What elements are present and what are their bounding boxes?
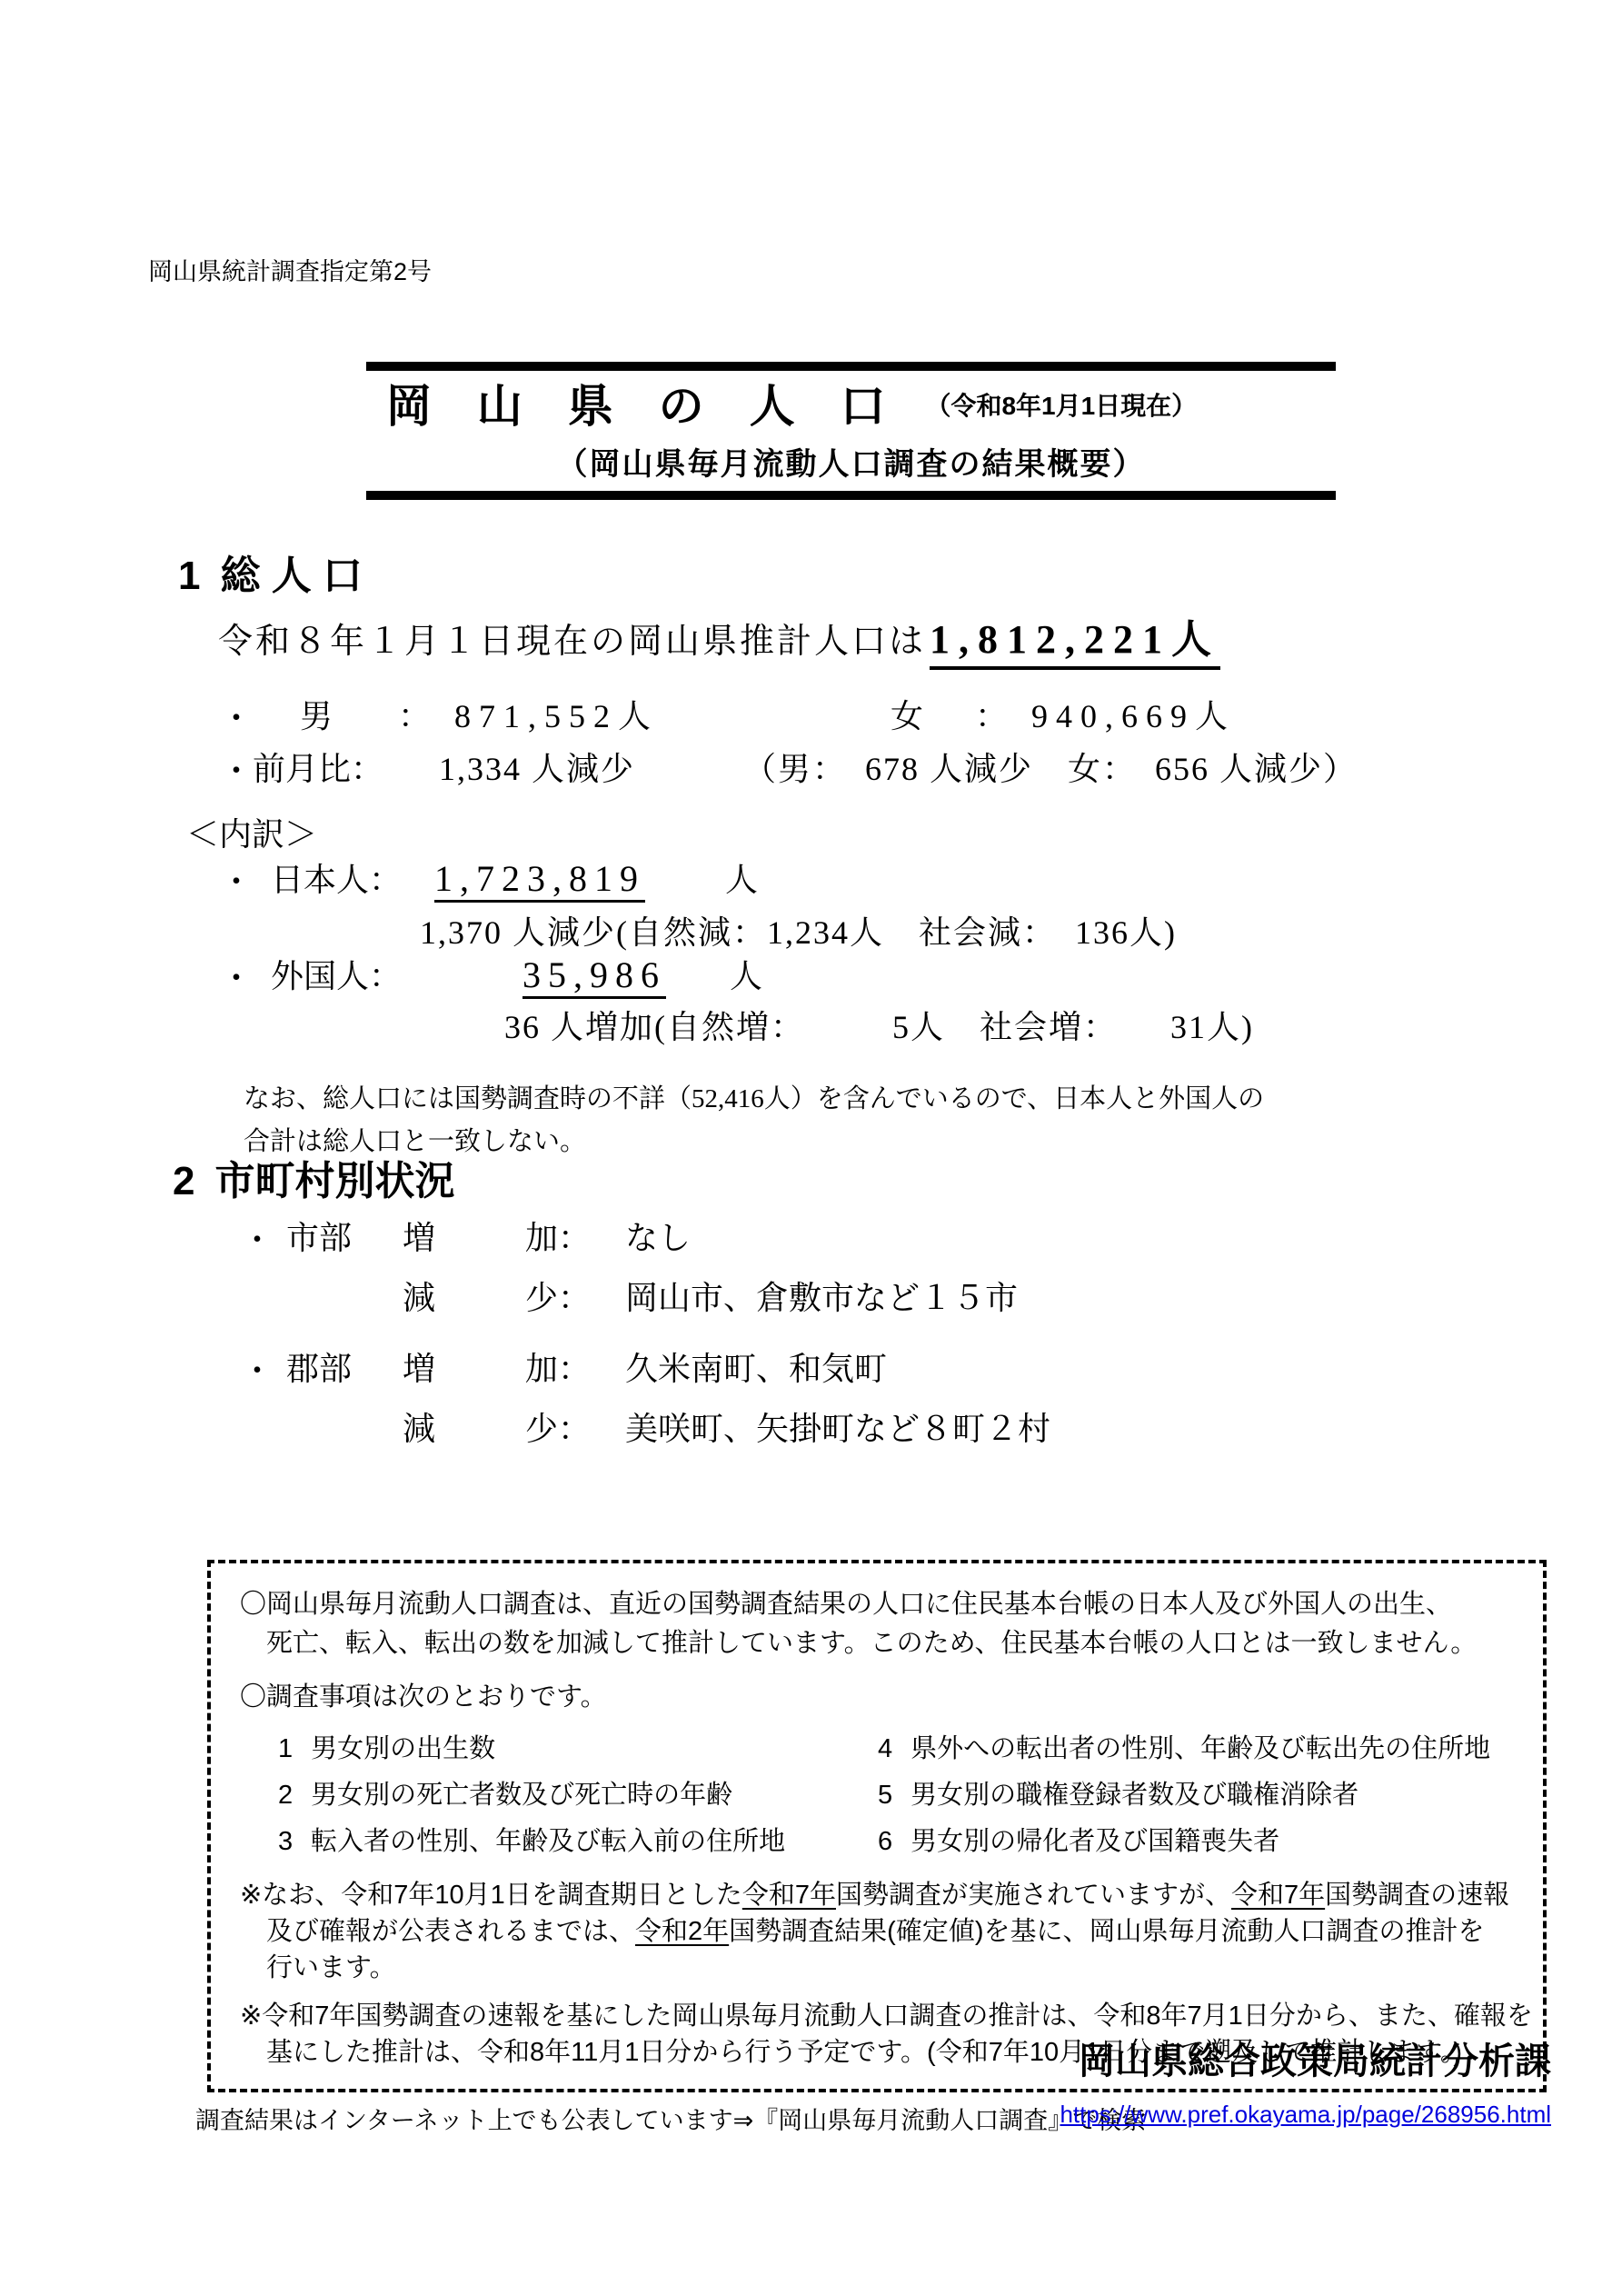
population-note: なお、総人口には国勢調査時の不詳（52,416人）を含んでいるので、日本人と外国… bbox=[244, 1078, 1264, 1163]
census-note-1: ※なお、令和7年10月1日を調査期日とした令和7年国勢調査が実施されていますが、… bbox=[240, 1877, 1516, 1986]
japanese-value: 1,723,819 bbox=[434, 861, 645, 903]
population-note-line2: 合計は総人口と一致しない。 bbox=[244, 1121, 1264, 1163]
female-colon: ： bbox=[975, 700, 1008, 733]
foreigner-label: 外国人： bbox=[271, 960, 402, 993]
county-increase-value: 久米南町、和気町 bbox=[625, 1353, 887, 1385]
document-page: 岡山県統計調査指定第2号 岡 山 県 の 人 口 （令和8年1月1日現在） （岡… bbox=[0, 0, 1622, 2296]
note-text: ※令和7年国勢調査の速報を基にした岡山県毎月流動人口調査の推計は、令和8年7月1… bbox=[240, 1998, 1516, 2034]
bullet-icon: ・ bbox=[241, 1354, 274, 1387]
item-text: 男女別の職権登録者数及び職権消除者 bbox=[911, 1781, 1358, 1810]
bullet-icon: ・ bbox=[241, 1223, 274, 1256]
breakdown-label: ＜内訳＞ bbox=[186, 818, 317, 851]
survey-item-4: 4県外への転出者の性別、年齢及び転出先の住所地 bbox=[878, 1726, 1490, 1772]
item-number: 4 bbox=[878, 1726, 892, 1772]
publish-note: 調査結果はインターネット上でも公表しています⇒『岡山県毎月流動人口調査』で検索 bbox=[195, 2109, 1146, 2133]
mom-detail: （男： 678 人減少 女： 656 人減少） bbox=[743, 753, 1358, 785]
item-text: 県外への転出者の性別、年齢及び転出先の住所地 bbox=[911, 1734, 1490, 1763]
japanese-unit: 人 bbox=[725, 863, 758, 896]
note-text: 及び確報が公表されるまでは、 bbox=[266, 1917, 635, 1946]
item-number: 2 bbox=[278, 1772, 293, 1819]
female-label: 女 bbox=[891, 700, 923, 733]
bullet-icon: ・ bbox=[220, 865, 253, 898]
bullet-icon: ・ bbox=[220, 754, 253, 787]
bullet-icon: ・ bbox=[220, 962, 253, 994]
survey-items-intro: 〇調査事項は次のとおりです。 bbox=[240, 1678, 1516, 1717]
note-text: 国勢調査の速報 bbox=[1325, 1881, 1509, 1910]
total-population-line: 令和８年１月１日現在の岡山県推計人口は 1,812,221人 bbox=[218, 620, 1220, 660]
item-text: 男女別の出生数 bbox=[311, 1734, 495, 1763]
item-number: 3 bbox=[278, 1819, 293, 1865]
survey-info-box: 〇岡山県毎月流動人口調査は、直近の国勢調査結果の人口に住民基本台帳の日本人及び外… bbox=[207, 1560, 1547, 2092]
increase-label-2: 加： bbox=[525, 1222, 591, 1254]
male-label: 男 bbox=[300, 700, 333, 733]
city-increase-value: なし bbox=[625, 1222, 691, 1254]
male-value: 871,552人 bbox=[454, 700, 659, 733]
section1-heading: 1総 人 口 bbox=[178, 556, 363, 596]
decrease-label-1: 減 bbox=[403, 1282, 435, 1314]
increase-label-2: 加： bbox=[525, 1353, 591, 1385]
decrease-label-2: 少： bbox=[525, 1282, 591, 1314]
survey-items-row: 3転入者の性別、年齢及び転入前の住所地 6男女別の帰化者及び国籍喪失者 bbox=[240, 1819, 1516, 1865]
item-text: 男女別の帰化者及び国籍喪失者 bbox=[911, 1827, 1279, 1856]
decrease-label-2: 少： bbox=[525, 1413, 591, 1445]
decrease-label-1: 減 bbox=[403, 1413, 435, 1445]
survey-items-list: 1男女別の出生数 4県外への転出者の性別、年齢及び転出先の住所地 2男女別の死亡… bbox=[240, 1726, 1516, 1865]
japanese-change: 1,370 人減少(自然減：1,234人 社会減： 136人) bbox=[420, 916, 1177, 949]
total-population-text: 令和８年１月１日現在の岡山県推計人口は bbox=[218, 623, 926, 661]
page-subtitle: （岡山県毎月流動人口調査の結果概要） bbox=[366, 449, 1336, 480]
item-number: 6 bbox=[878, 1819, 892, 1865]
survey-item-2: 2男女別の死亡者数及び死亡時の年齢 bbox=[240, 1772, 878, 1819]
note-text: 国勢調査結果(確定値)を基に、岡山県毎月流動人口調査の推計を bbox=[729, 1917, 1484, 1946]
note-text: 行います。 bbox=[266, 1953, 396, 1982]
page-title: 岡 山 県 の 人 口 bbox=[386, 384, 901, 429]
foreigner-change: 36 人増加(自然増： 5人 社会増： 31人) bbox=[504, 1011, 1254, 1043]
survey-item-5: 5男女別の職権登録者数及び職権消除者 bbox=[878, 1772, 1358, 1819]
url-link[interactable]: https://www.pref.okayama.jp/page/268956.… bbox=[1060, 2102, 1551, 2126]
publisher-org: 岡山県総合政策局統計分析課 bbox=[1079, 2043, 1551, 2080]
increase-label-1: 増 bbox=[403, 1222, 435, 1254]
city-decrease-value: 岡山市、倉敷市など１５市 bbox=[625, 1282, 1018, 1314]
item-text: 男女別の死亡者数及び死亡時の年齢 bbox=[311, 1781, 732, 1810]
mom-label: 前月比： bbox=[253, 753, 383, 785]
note-underlined-text: 令和2年 bbox=[635, 1917, 729, 1946]
note-underlined-text: 令和7年 bbox=[1231, 1881, 1325, 1910]
survey-description-line2: 死亡、転入、転出の数を加減して推計しています。このため、住民基本台帳の人口とは一… bbox=[240, 1624, 1516, 1663]
male-colon: ： bbox=[398, 700, 431, 733]
title-box: 岡 山 県 の 人 口 （令和8年1月1日現在） （岡山県毎月流動人口調査の結果… bbox=[366, 362, 1336, 500]
foreigner-value: 35,986 bbox=[522, 957, 666, 999]
population-note-line1: なお、総人口には国勢調査時の不詳（52,416人）を含んでいるので、日本人と外国… bbox=[244, 1078, 1264, 1121]
survey-item-1: 1男女別の出生数 bbox=[240, 1726, 878, 1772]
title-row: 岡 山 県 の 人 口 （令和8年1月1日現在） bbox=[366, 384, 1336, 429]
foreigner-unit: 人 bbox=[730, 960, 762, 993]
section2-heading: 2市町村別状況 bbox=[173, 1162, 454, 1202]
section1-title: 総 人 口 bbox=[220, 554, 362, 598]
survey-item-6: 6男女別の帰化者及び国籍喪失者 bbox=[878, 1819, 1279, 1865]
designation-label: 岡山県統計調査指定第2号 bbox=[148, 260, 432, 285]
county-label: 郡部 bbox=[286, 1353, 352, 1385]
survey-items-row: 2男女別の死亡者数及び死亡時の年齢 5男女別の職権登録者数及び職権消除者 bbox=[240, 1772, 1516, 1819]
total-population-value: 1,812,221人 bbox=[930, 617, 1220, 670]
city-label: 市部 bbox=[286, 1222, 352, 1254]
female-value: 940,669人 bbox=[1031, 700, 1236, 733]
increase-label-1: 増 bbox=[403, 1353, 435, 1385]
section1-number: 1 bbox=[178, 556, 200, 596]
survey-description-line1: 〇岡山県毎月流動人口調査は、直近の国勢調査結果の人口に住民基本台帳の日本人及び外… bbox=[240, 1585, 1516, 1624]
note-text: ※なお、令和7年10月1日を調査期日とした bbox=[240, 1881, 742, 1910]
item-number: 5 bbox=[878, 1772, 892, 1819]
survey-item-3: 3転入者の性別、年齢及び転入前の住所地 bbox=[240, 1819, 878, 1865]
item-number: 1 bbox=[278, 1726, 293, 1772]
county-decrease-value: 美咲町、矢掛町など８町２村 bbox=[625, 1413, 1050, 1445]
note-text: 国勢調査が実施されていますが、 bbox=[836, 1881, 1231, 1910]
japanese-label: 日本人： bbox=[271, 863, 402, 896]
note-underlined-text: 令和7年 bbox=[742, 1881, 836, 1910]
mom-value: 1,334 人減少 bbox=[439, 753, 635, 785]
item-text: 転入者の性別、年齢及び転入前の住所地 bbox=[311, 1827, 785, 1856]
as-of-date: （令和8年1月1日現在） bbox=[925, 394, 1197, 419]
section2-number: 2 bbox=[173, 1162, 194, 1202]
bullet-icon: ・ bbox=[220, 702, 253, 734]
section2-title: 市町村別状況 bbox=[214, 1159, 454, 1203]
survey-items-row: 1男女別の出生数 4県外への転出者の性別、年齢及び転出先の住所地 bbox=[240, 1726, 1516, 1772]
